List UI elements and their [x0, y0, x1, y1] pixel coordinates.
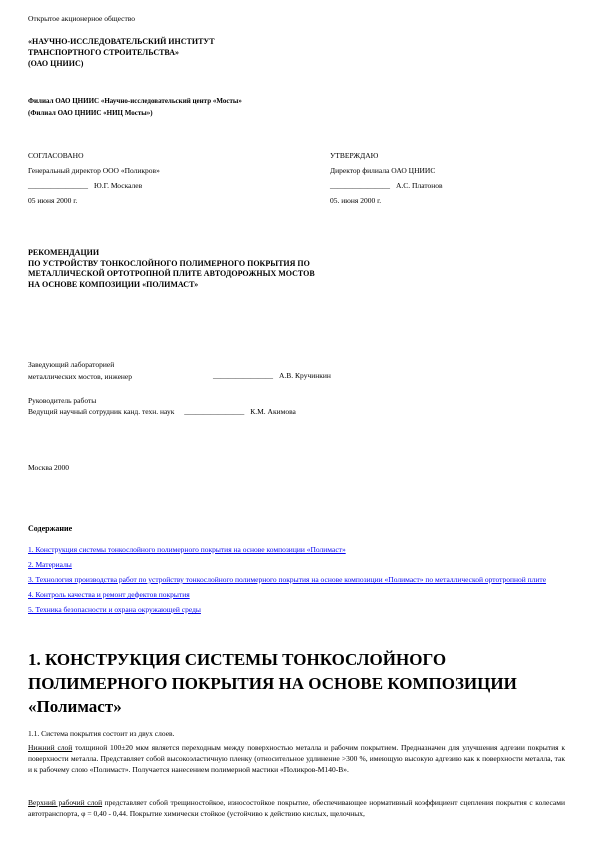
institute-name-line2: ТРАНСПОРТНОГО СТРОИТЕЛЬСТВА» — [28, 47, 215, 58]
approval-right-block: УТВЕРЖДАЮ Директор филиала ОАО ЦНИИС ___… — [330, 148, 570, 208]
approved-role: Директор филиала ОАО ЦНИИС — [330, 163, 570, 178]
approved-label: УТВЕРЖДАЮ — [330, 148, 570, 163]
agreed-signature-row: ________________Ю.Г. Москалев — [28, 178, 308, 193]
paragraph-upper-layer: Верхний рабочий слой представляет собой … — [28, 797, 565, 819]
agreed-date: 05 июня 2000 г. — [28, 193, 308, 208]
document-title-line3: МЕТАЛЛИЧЕСКОЙ ОРТОТРОПНОЙ ПЛИТЕ АВТОДОРО… — [28, 269, 448, 280]
lab-head-name: А.В. Кручинкин — [279, 371, 331, 380]
document-title-block: РЕКОМЕНДАЦИИ ПО УСТРОЙСТВУ ТОНКОСЛОЙНОГО… — [28, 248, 448, 290]
approved-signature-row: ________________А.С. Платонов — [330, 178, 570, 193]
lab-head-signature-row: ________________А.В. Кручинкин — [213, 371, 331, 380]
toc-link-section4[interactable]: 4. Контроль качества и ремонт дефектов п… — [28, 588, 573, 602]
institute-name-line3: (ОАО ЦНИИС) — [28, 58, 215, 69]
section1-heading-line3: «Полимаст» — [28, 695, 573, 719]
paragraph-1-1: 1.1. Система покрытия состоит из двух сл… — [28, 728, 174, 739]
table-of-contents: 1. Конструкция системы тонкослойного пол… — [28, 543, 573, 618]
agreed-label: СОГЛАСОВАНО — [28, 148, 308, 163]
toc-link-section2[interactable]: 2. Материалы — [28, 558, 573, 572]
branch-name-line1: Филиал ОАО ЦНИИС «Научно-исследовательск… — [28, 96, 242, 108]
signature-line: ________________ — [28, 181, 88, 190]
approved-date: 05. июня 2000 г. — [330, 193, 570, 208]
section1-heading-line1: 1. КОНСТРУКЦИЯ СИСТЕМЫ ТОНКОСЛОЙНОГО — [28, 648, 573, 672]
signature-line: ________________ — [184, 407, 244, 416]
signature-line: ________________ — [213, 371, 273, 380]
toc-title: Содержание — [28, 524, 72, 533]
branch-name-block: Филиал ОАО ЦНИИС «Научно-исследовательск… — [28, 96, 242, 119]
work-supervisor-heading: Руководитель работы — [28, 395, 96, 407]
institute-name-line1: «НАУЧНО-ИССЛЕДОВАТЕЛЬСКИЙ ИНСТИТУТ — [28, 36, 215, 47]
branch-name-line2: (Филиал ОАО ЦНИИС «НИЦ Мосты») — [28, 108, 242, 120]
signature-line: ________________ — [330, 181, 390, 190]
document-title-line2: ПО УСТРОЙСТВУ ТОНКОСЛОЙНОГО ПОЛИМЕРНОГО … — [28, 259, 448, 270]
institute-name-block: «НАУЧНО-ИССЛЕДОВАТЕЛЬСКИЙ ИНСТИТУТ ТРАНС… — [28, 36, 215, 69]
work-supervisor-name: К.М. Акимова — [250, 407, 296, 416]
paragraph-upper-layer-text: представляет собой трещиностойкое, износ… — [28, 798, 565, 818]
lab-head-role-block: Заведующий лабораторией металлических мо… — [28, 359, 132, 383]
lab-head-role-line2: металлических мостов, инженер — [28, 371, 132, 383]
agreed-name: Ю.Г. Москалев — [94, 181, 142, 190]
place-year: Москва 2000 — [28, 462, 69, 473]
toc-link-section1[interactable]: 1. Конструкция системы тонкослойного пол… — [28, 543, 573, 557]
society-type-line: Открытое акционерное общество — [28, 14, 135, 23]
document-title-line1: РЕКОМЕНДАЦИИ — [28, 248, 448, 259]
approved-name: А.С. Платонов — [396, 181, 443, 190]
work-supervisor-role: Ведущий научный сотрудник канд. техн. на… — [28, 407, 174, 416]
paragraph-lower-layer: Нижний слой толщиной 100±20 мкм является… — [28, 742, 565, 776]
toc-link-section3[interactable]: 3. Технология производства работ по устр… — [28, 573, 573, 587]
work-supervisor-row: Ведущий научный сотрудник канд. техн. на… — [28, 407, 296, 416]
approval-left-block: СОГЛАСОВАНО Генеральный директор ООО «По… — [28, 148, 308, 208]
document-title-line4: НА ОСНОВЕ КОМПОЗИЦИИ «ПОЛИМАСТ» — [28, 280, 448, 291]
section1-heading-line2: ПОЛИМЕРНОГО ПОКРЫТИЯ НА ОСНОВЕ КОМПОЗИЦИ… — [28, 672, 573, 696]
paragraph-lower-layer-lead: Нижний слой — [28, 743, 72, 752]
paragraph-lower-layer-text: толщиной 100±20 мкм является переходным … — [28, 743, 565, 774]
paragraph-upper-layer-lead: Верхний рабочий слой — [28, 798, 102, 807]
lab-head-role-line1: Заведующий лабораторией — [28, 359, 132, 371]
document-page: Открытое акционерное общество «НАУЧНО-ИС… — [0, 0, 595, 842]
toc-link-section5[interactable]: 5. Техника безопасности и охрана окружаю… — [28, 603, 573, 617]
section1-heading: 1. КОНСТРУКЦИЯ СИСТЕМЫ ТОНКОСЛОЙНОГО ПОЛ… — [28, 648, 573, 719]
agreed-role: Генеральный директор ООО «Поликров» — [28, 163, 308, 178]
